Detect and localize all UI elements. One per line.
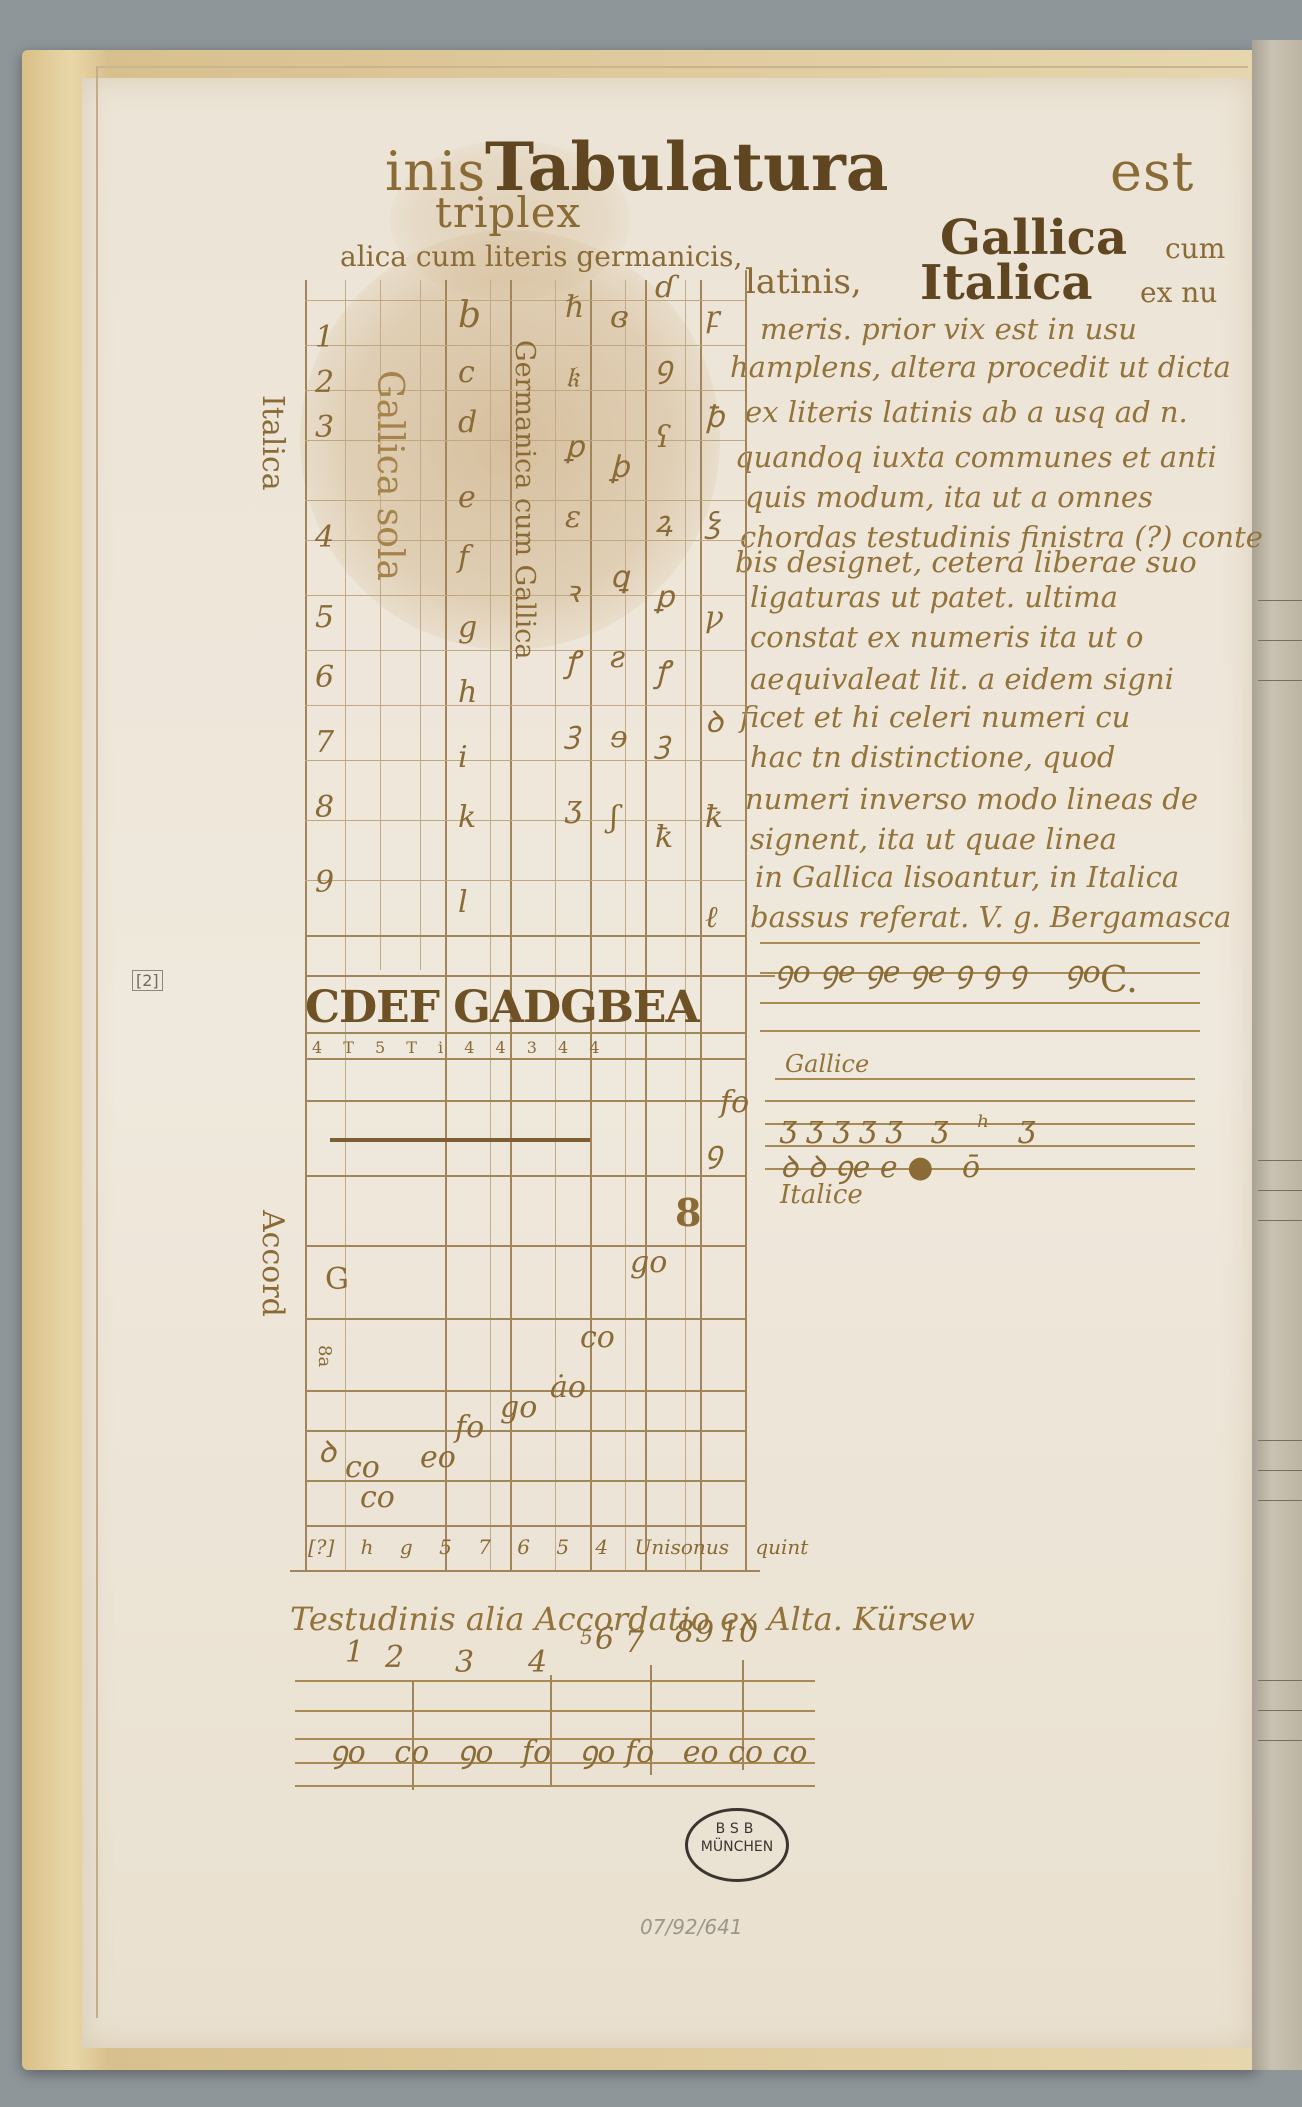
stamp-line1: BSB: [688, 1821, 786, 1837]
body-line: numeri inverso modo lineas de: [745, 782, 1198, 816]
body-line: signent, ita ut quae linea: [750, 822, 1117, 856]
facing-page-edge: [1252, 40, 1302, 2070]
accord-left-label: 8a: [314, 1345, 335, 1367]
tuning-sub-marks: 4 T 5 T i 4 4 3 4 4: [312, 1038, 600, 1057]
library-stamp: BSB MÜNCHEN: [685, 1808, 789, 1882]
body-line: bassus referat. V. g. Bergamasca: [750, 900, 1231, 934]
body-line: constat ex numeris ita ut o: [750, 620, 1144, 654]
gallica-sola-label: Gallica sola: [369, 370, 410, 581]
body-line: hac tn distinctione, quod: [750, 740, 1115, 774]
accord-bottom-row: [?] h g 5 7 6 5 4 Unisonus quint: [308, 1535, 808, 1559]
description-part3: latinis,: [745, 262, 862, 302]
tuning-letters: CDEF GADGBEA: [305, 982, 699, 1033]
description-part2: cum: [1165, 232, 1225, 265]
body-line: quandoq iuxta communes et anti: [735, 440, 1217, 474]
germanica-cum-gallica-label: Germanica cum Gallica: [509, 340, 540, 659]
accord-label: Accord: [255, 1210, 290, 1317]
italica-side-label: Italica: [255, 395, 290, 491]
title-line2: triplex: [435, 188, 581, 237]
gallice-label: Gallice: [785, 1050, 869, 1078]
body-line: quis modum, ita ut a omnes: [745, 480, 1153, 514]
body-line: ex literis latinis ab a usq ad n.: [745, 395, 1188, 429]
body-line: meris. prior vix est in usu: [760, 312, 1137, 346]
body-line: aequivaleat lit. a eidem signi: [750, 662, 1174, 696]
description-part1: alica cum literis germanicis,: [340, 240, 742, 273]
body-line: in Gallica lisoantur, in Italica: [755, 860, 1179, 894]
shelfmark: 07/92/641: [640, 1915, 743, 1939]
foliation-mark: [2]: [132, 970, 163, 991]
title-suffix: est: [1110, 140, 1194, 203]
stamp-line2: MÜNCHEN: [688, 1839, 786, 1855]
body-line: hamplens, altera procedit ut dicta: [730, 350, 1231, 384]
description-part4: ex nu: [1140, 276, 1217, 309]
italica-heading: Italica: [920, 255, 1093, 311]
clef-end-mark: C.: [1100, 960, 1138, 1001]
body-line: bis designet, cetera liberae suo: [735, 545, 1197, 579]
italice-label: Italice: [780, 1180, 863, 1210]
body-line: ficet et hi celeri numeri cu: [740, 700, 1130, 734]
body-line: ligaturas ut patet. ultima: [750, 580, 1118, 614]
